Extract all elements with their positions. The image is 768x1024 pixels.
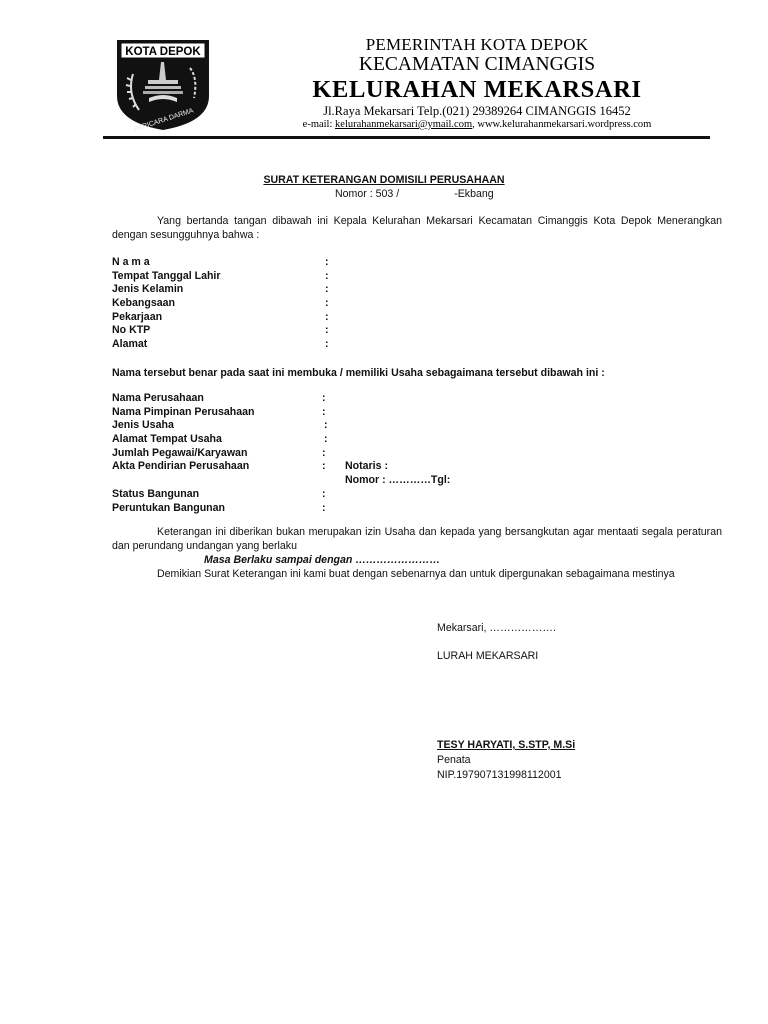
- field-colon: :: [325, 338, 329, 352]
- field-colon: :: [325, 311, 329, 325]
- field-label: Kebangsaan: [112, 297, 175, 311]
- field-colon: :: [322, 447, 326, 461]
- office-address: Jl.Raya Mekarsari Telp.(021) 29389264 CI…: [262, 104, 692, 118]
- signer-name: TESY HARYATI, S.STP, M.Si: [437, 738, 575, 752]
- field-label: N a m a: [112, 256, 150, 270]
- field-colon: :: [325, 256, 329, 270]
- field-label: Tempat Tanggal Lahir: [112, 270, 221, 284]
- document-page: KOTA DEPOK PARICARA DARMA PEMERINTAH KOT…: [0, 0, 768, 1024]
- field-label: No KTP: [112, 324, 150, 338]
- contact-line: e-mail: kelurahanmekarsari@ymail.com, ww…: [262, 118, 692, 131]
- field-colon: :: [324, 433, 328, 447]
- number-suffix: -Ekbang: [454, 188, 493, 200]
- document-title: SURAT KETERANGAN DOMISILI PERUSAHAAN: [0, 174, 768, 186]
- email-link[interactable]: kelurahanmekarsari@ymail.com: [335, 119, 472, 130]
- government-name: PEMERINTAH KOTA DEPOK: [262, 36, 692, 54]
- place-date: Mekarsari, ……………….: [437, 621, 556, 635]
- svg-text:KOTA DEPOK: KOTA DEPOK: [125, 46, 201, 58]
- field-label: Jumlah Pegawai/Karyawan: [112, 447, 247, 461]
- note-paragraph: Keterangan ini diberikan bukan merupakan…: [112, 525, 722, 553]
- signer-position: LURAH MEKARSARI: [437, 649, 538, 663]
- field-colon: :: [322, 406, 326, 420]
- closing-paragraph: Demikian Surat Keterangan ini kami buat …: [112, 567, 722, 581]
- email-prefix: e-mail:: [303, 119, 335, 130]
- validity-line: Masa Berlaku sampai dengan ……………………: [204, 553, 604, 567]
- field-colon: :: [324, 419, 328, 433]
- field-label: Alamat Tempat Usaha: [112, 433, 222, 447]
- signer-nip: NIP.197907131998112001: [437, 768, 562, 782]
- field-label: Jenis Kelamin: [112, 283, 183, 297]
- letterhead-divider: [103, 136, 710, 139]
- intro-paragraph: Yang bertanda tangan dibawah ini Kepala …: [112, 214, 722, 242]
- field-label: Nama Pimpinan Perusahaan: [112, 406, 254, 420]
- city-crest-icon: KOTA DEPOK PARICARA DARMA: [115, 38, 211, 132]
- letterhead: PEMERINTAH KOTA DEPOK KECAMATAN CIMANGGI…: [262, 36, 692, 131]
- field-label: Pekarjaan: [112, 311, 162, 325]
- field-extra: Nomor : …………Tgl:: [345, 474, 450, 488]
- field-colon: :: [325, 297, 329, 311]
- field-colon: :: [322, 502, 326, 516]
- field-colon: :: [325, 283, 329, 297]
- field-extra: Notaris :: [345, 460, 388, 474]
- field-colon: :: [322, 392, 326, 406]
- field-label: Jenis Usaha: [112, 419, 174, 433]
- field-label: Nama Perusahaan: [112, 392, 204, 406]
- district-name: KECAMATAN CIMANGGIS: [262, 54, 692, 76]
- field-colon: :: [322, 460, 326, 474]
- field-colon: :: [322, 488, 326, 502]
- field-colon: :: [325, 270, 329, 284]
- village-name: KELURAHAN MEKARSARI: [262, 76, 692, 104]
- business-intro: Nama tersebut benar pada saat ini membuk…: [112, 366, 722, 380]
- field-colon: :: [325, 324, 329, 338]
- signer-name-text: TESY HARYATI, S.STP, M.Si: [437, 739, 575, 751]
- website-link[interactable]: www.kelurahanmekarsari.wordpress.com: [477, 119, 651, 130]
- signer-rank: Penata: [437, 753, 471, 767]
- number-label: Nomor : 503 /: [335, 188, 399, 200]
- field-label: Status Bangunan: [112, 488, 199, 502]
- field-label: Peruntukan Bangunan: [112, 502, 225, 516]
- field-label: Akta Pendirian Perusahaan: [112, 460, 249, 474]
- field-label: Alamat: [112, 338, 147, 352]
- document-number: Nomor : 503 /-Ekbang: [335, 188, 494, 200]
- title-text: SURAT KETERANGAN DOMISILI PERUSAHAAN: [263, 174, 504, 186]
